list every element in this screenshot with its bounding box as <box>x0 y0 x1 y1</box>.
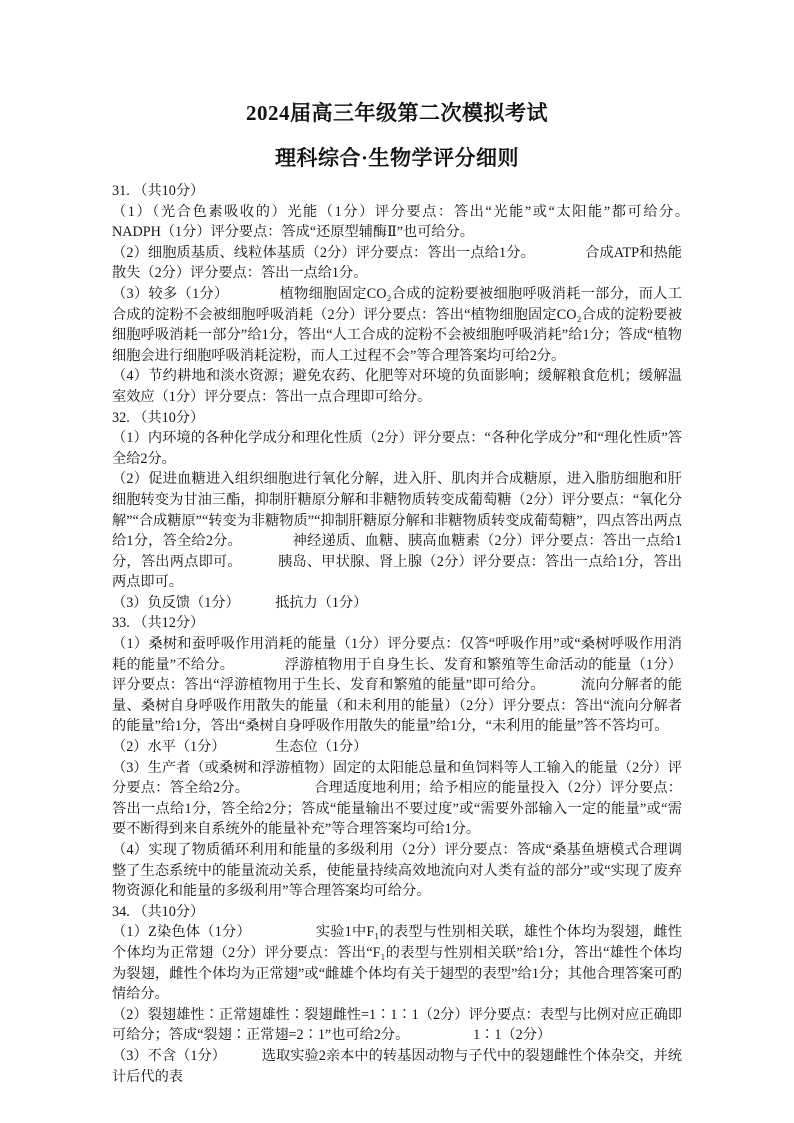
exam-title: 2024届高三年级第二次模拟考试 <box>112 100 682 126</box>
question-32-item-3: （3）负反馈（1分） 抵抗力（1分） <box>112 593 682 614</box>
question-34-item-2: （2）裂翅雄性∶正常翅雄性∶裂翅雌性=1∶1∶1（2分）评分要点：表型与比例对应… <box>112 1005 682 1046</box>
question-34-item-3: （3）不含（1分） 选取实验2亲本中的转基因动物与子代中的裂翅雌性个体杂交，并统… <box>112 1046 682 1087</box>
question-33-heading: 33. （共12分） <box>112 613 682 634</box>
question-31-item-2: （2）细胞质基质、线粒体基质（2分）评分要点：答出一点给1分。 合成ATP和热能… <box>112 243 682 284</box>
question-33-item-1: （1）桑树和蚕呼吸作用消耗的能量（1分）评分要点：仅答“呼吸作用”或“桑树呼吸作… <box>112 634 682 737</box>
question-31-item-4: （4）节约耕地和淡水资源；避免农药、化肥等对环境的负面影响；缓解粮食危机；缓解温… <box>112 366 682 407</box>
question-34-section: 34. （共10分） （1）Z染色体（1分） 实验1中F₁的表型与性别相关联，雄… <box>112 902 682 1087</box>
exam-subtitle: 理科综合·生物学评分细则 <box>112 145 682 171</box>
question-34-item-1: （1）Z染色体（1分） 实验1中F₁的表型与性别相关联，雄性个体均为裂翅，雌性个… <box>112 922 682 1004</box>
question-33-item-2: （2）水平（1分） 生态位（1分） <box>112 737 682 758</box>
page-content: 2024届高三年级第二次模拟考试 理科综合·生物学评分细则 31. （共10分）… <box>0 0 794 1087</box>
question-32-item-2: （2）促进血糖进入组织细胞进行氧化分解，进入肝、肌肉并合成糖原，进入脂肪细胞和肝… <box>112 469 682 593</box>
question-31-item-3: （3）较多（1分） 植物细胞固定CO₂合成的淀粉要被细胞呼吸消耗一部分，而人工合… <box>112 284 682 366</box>
question-31-item-1: （1）（光合色素吸收的）光能（1分）评分要点：答出“光能”或“太阳能”都可给分。… <box>112 202 682 243</box>
question-33-item-4: （4）实现了物质循环利用和能量的多级利用（2分）评分要点：答成“桑基鱼塘模式合理… <box>112 840 682 902</box>
question-31-section: 31. （共10分） （1）（光合色素吸收的）光能（1分）评分要点：答出“光能”… <box>112 181 682 408</box>
question-33-section: 33. （共12分） （1）桑树和蚕呼吸作用消耗的能量（1分）评分要点：仅答“呼… <box>112 613 682 901</box>
question-32-item-1: （1）内环境的各种化学成分和理化性质（2分）评分要点：“各种化学成分”和“理化性… <box>112 428 682 469</box>
question-31-heading: 31. （共10分） <box>112 181 682 202</box>
question-32-section: 32. （共10分） （1）内环境的各种化学成分和理化性质（2分）评分要点：“各… <box>112 408 682 614</box>
rubric-body: 31. （共10分） （1）（光合色素吸收的）光能（1分）评分要点：答出“光能”… <box>112 181 682 1087</box>
question-32-heading: 32. （共10分） <box>112 408 682 429</box>
document-page: 2024届高三年级第二次模拟考试 理科综合·生物学评分细则 31. （共10分）… <box>0 0 794 1123</box>
question-34-heading: 34. （共10分） <box>112 902 682 923</box>
question-33-item-3: （3）生产者（或桑树和浮游植物）固定的太阳能总量和鱼饲料等人工输入的能量（2分）… <box>112 758 682 840</box>
